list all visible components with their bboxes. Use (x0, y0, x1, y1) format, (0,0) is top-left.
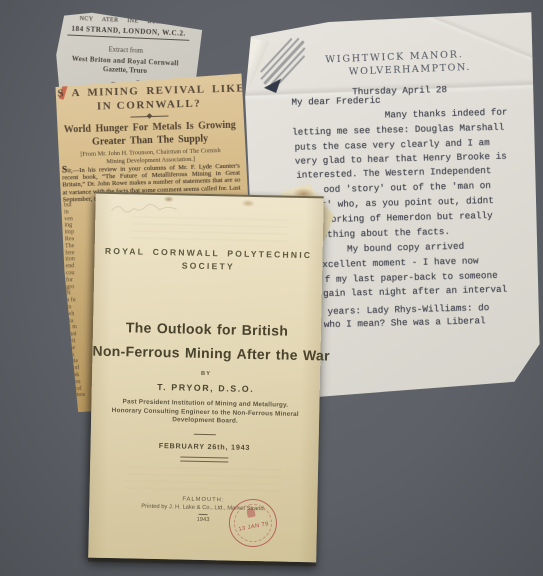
agency-address: 184 STRAND, LONDON, W.C.2. (67, 25, 189, 41)
letter-line: ood 'story' out of the 'man on (323, 180, 491, 195)
double-rule (180, 456, 228, 462)
short-rule (194, 434, 216, 436)
pamphlet-cover: ROYAL CORNWALL POLYTECHNIC SOCIETY The O… (88, 192, 324, 563)
clipping-headline-line2: IN CORNWALL? (52, 96, 246, 113)
stamp-crest-icon (246, 508, 256, 518)
by-label: BY (92, 369, 320, 380)
society-name-line2: SOCIETY (94, 259, 322, 274)
stain-spot (242, 200, 255, 207)
letter-line: interested. The Western Independent (296, 165, 491, 181)
letter-line: f my last paper-back to someone (325, 270, 498, 285)
letter-line: othing about the facts. (322, 226, 451, 240)
pamphlet-title-line2: Non-Ferrous Mining After the War (92, 343, 320, 364)
pencil-annotation-scribble (109, 200, 179, 217)
decorative-rule (130, 116, 168, 118)
stamp-date: 13 JAN 79 (231, 520, 277, 535)
letter-line: Many thanks indeed for (385, 107, 508, 121)
pamphlet-title-line1: The Outlook for British (93, 319, 321, 340)
letter-line: gain last night after an interval (323, 284, 507, 299)
letter-line: xcellent moment - I have now (322, 255, 478, 270)
society-name-line1: ROYAL CORNWALL POLYTECHNIC (95, 246, 323, 261)
letter-line: working of Hemerdon but really (325, 210, 493, 225)
letter-line: very glad to hear that Henry Brooke is (295, 151, 507, 167)
showthrough-text-ghost (126, 466, 283, 495)
imprint-year: 1943 (89, 515, 317, 526)
letter-line: My bound copy arrived (347, 241, 464, 255)
imprint-dash (199, 514, 208, 515)
letter-line: t' who, as you point out, didnt (321, 195, 494, 210)
showthrough-text-ghost (131, 216, 287, 241)
letter-salutation: My dear Frederic (291, 95, 381, 108)
author-name: T. PRYOR, D.S.O. (92, 381, 320, 396)
lecture-date: FEBRUARY 26th, 1943 (90, 440, 318, 454)
letter-line: puts the case very clearly and I am (294, 137, 489, 153)
letter-line: who I mean? She was a Liberal (324, 315, 486, 330)
clipping-column-fragments: but in ven ing imp Rea The fere tion end… (64, 202, 95, 400)
letter-line: letting me see these: Douglas Marshall (292, 122, 504, 138)
photograph-of-documents: NCY ATER INE BUREAU 184 STRAND, LONDON, … (0, 0, 543, 576)
